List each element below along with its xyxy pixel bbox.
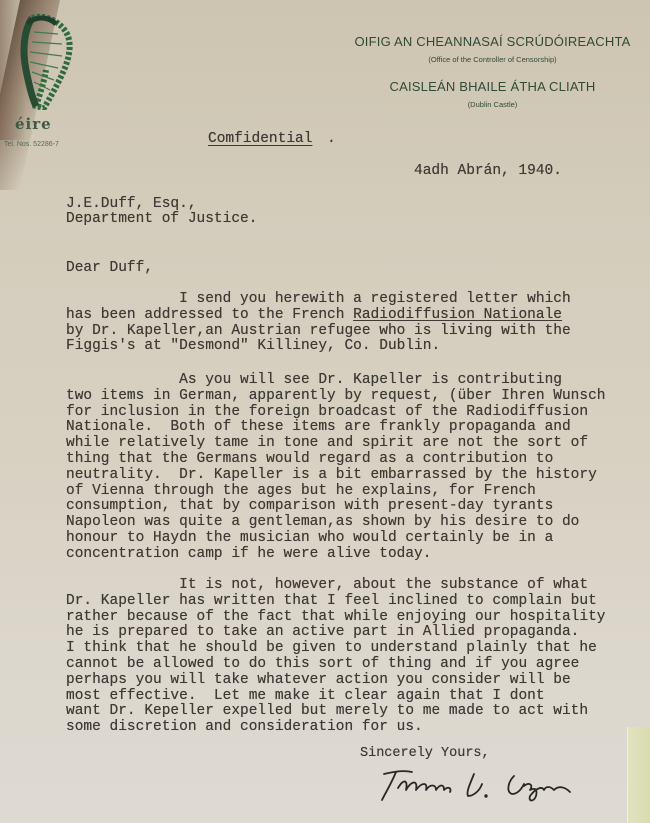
paragraph-line: of Vienna through the ages but he explai… <box>66 483 536 499</box>
paragraph-1: I send you herewith a registered letter … <box>66 292 571 355</box>
paragraph-line: thing that the Germans would regard as a… <box>66 451 553 467</box>
classification-label: Comfidential <box>208 131 312 147</box>
location-english: (Dublin Castle) <box>345 100 640 109</box>
paragraph-line: Figgis's at "Desmond" Killiney, Co. Dubl… <box>66 338 440 354</box>
letterhead: OIFIG AN CHEANNASAÍ SCRÚDÓIREACHTA (Offi… <box>335 34 640 109</box>
paragraph-line: most effective. Let me make it clear aga… <box>66 688 545 704</box>
telephone-number: Tel. Nos. 52286-7 <box>4 141 59 148</box>
paragraph-line: want Dr. Kepeller expelled but merely to… <box>66 703 588 719</box>
office-name-english: (Office of the Controller of Censorship) <box>345 55 640 64</box>
office-name-irish: OIFIG AN CHEANNASAÍ SCRÚDÓIREACHTA <box>345 34 640 49</box>
paragraph-line: concentration camp if he were alive toda… <box>66 546 431 562</box>
recipient-name: J.E.Duff, Esq., <box>66 196 197 212</box>
closing: Sincerely Yours, <box>360 746 490 761</box>
paragraph-line: cannot be allowed to do this sort of thi… <box>66 656 579 672</box>
letter-date: 4adh Abrán, 1940. <box>414 163 562 179</box>
paragraph-line: I send you herewith a registered letter … <box>66 291 571 307</box>
paragraph-line: he is prepared to take an active part in… <box>66 624 579 640</box>
location-irish: CAISLEÁN BHAILE ÁTHA CLIATH <box>345 79 640 94</box>
recipient-department: Department of Justice. <box>66 211 257 227</box>
paragraph-line: rather because of the fact that while en… <box>66 609 606 625</box>
green-card-edge <box>627 727 650 823</box>
paragraph-line: two items in German, apparently by reque… <box>66 388 606 404</box>
underlined-broadcaster-name: Radiodiffusion Nationale <box>353 307 562 323</box>
paragraph-line: Nationale. Both of these items are frank… <box>66 419 571 435</box>
paragraph-line: I think that he should be given to under… <box>66 640 597 656</box>
paragraph-line: Napoleon was quite a gentleman,as shown … <box>66 514 579 530</box>
salutation: Dear Duff, <box>66 260 153 276</box>
paragraph-line: while relatively tame in tone and spirit… <box>66 435 588 451</box>
classification-text: Comfidential <box>208 131 312 147</box>
paragraph-line: perhaps you will take whatever action yo… <box>66 672 571 688</box>
paragraph-3: It is not, however, about the substance … <box>66 578 606 736</box>
country-name: éire <box>15 115 52 133</box>
paragraph-line: As you will see Dr. Kapeller is contribu… <box>66 372 562 388</box>
paragraph-line: for inclusion in the foreign broadcast o… <box>66 404 588 420</box>
paragraph-line: some discretion and consideration for us… <box>66 719 423 735</box>
paragraph-line: Dr. Kapeller has written that I feel inc… <box>66 593 597 609</box>
paragraph-line: honour to Haydn the musician who would c… <box>66 530 553 546</box>
paragraph-line: neutrality. Dr. Kapeller is a bit embarr… <box>66 467 597 483</box>
classification-period: . <box>327 131 336 147</box>
handwritten-signature <box>378 766 598 804</box>
paragraph-line: by Dr. Kapeller,an Austrian refugee who … <box>66 323 571 339</box>
harp-icon <box>14 10 76 110</box>
paragraph-2: As you will see Dr. Kapeller is contribu… <box>66 373 606 563</box>
paragraph-line: has been addressed to the French <box>66 307 353 323</box>
paragraph-line: It is not, however, about the substance … <box>66 577 588 593</box>
paragraph-line: consumption, that by comparison with pre… <box>66 498 553 514</box>
